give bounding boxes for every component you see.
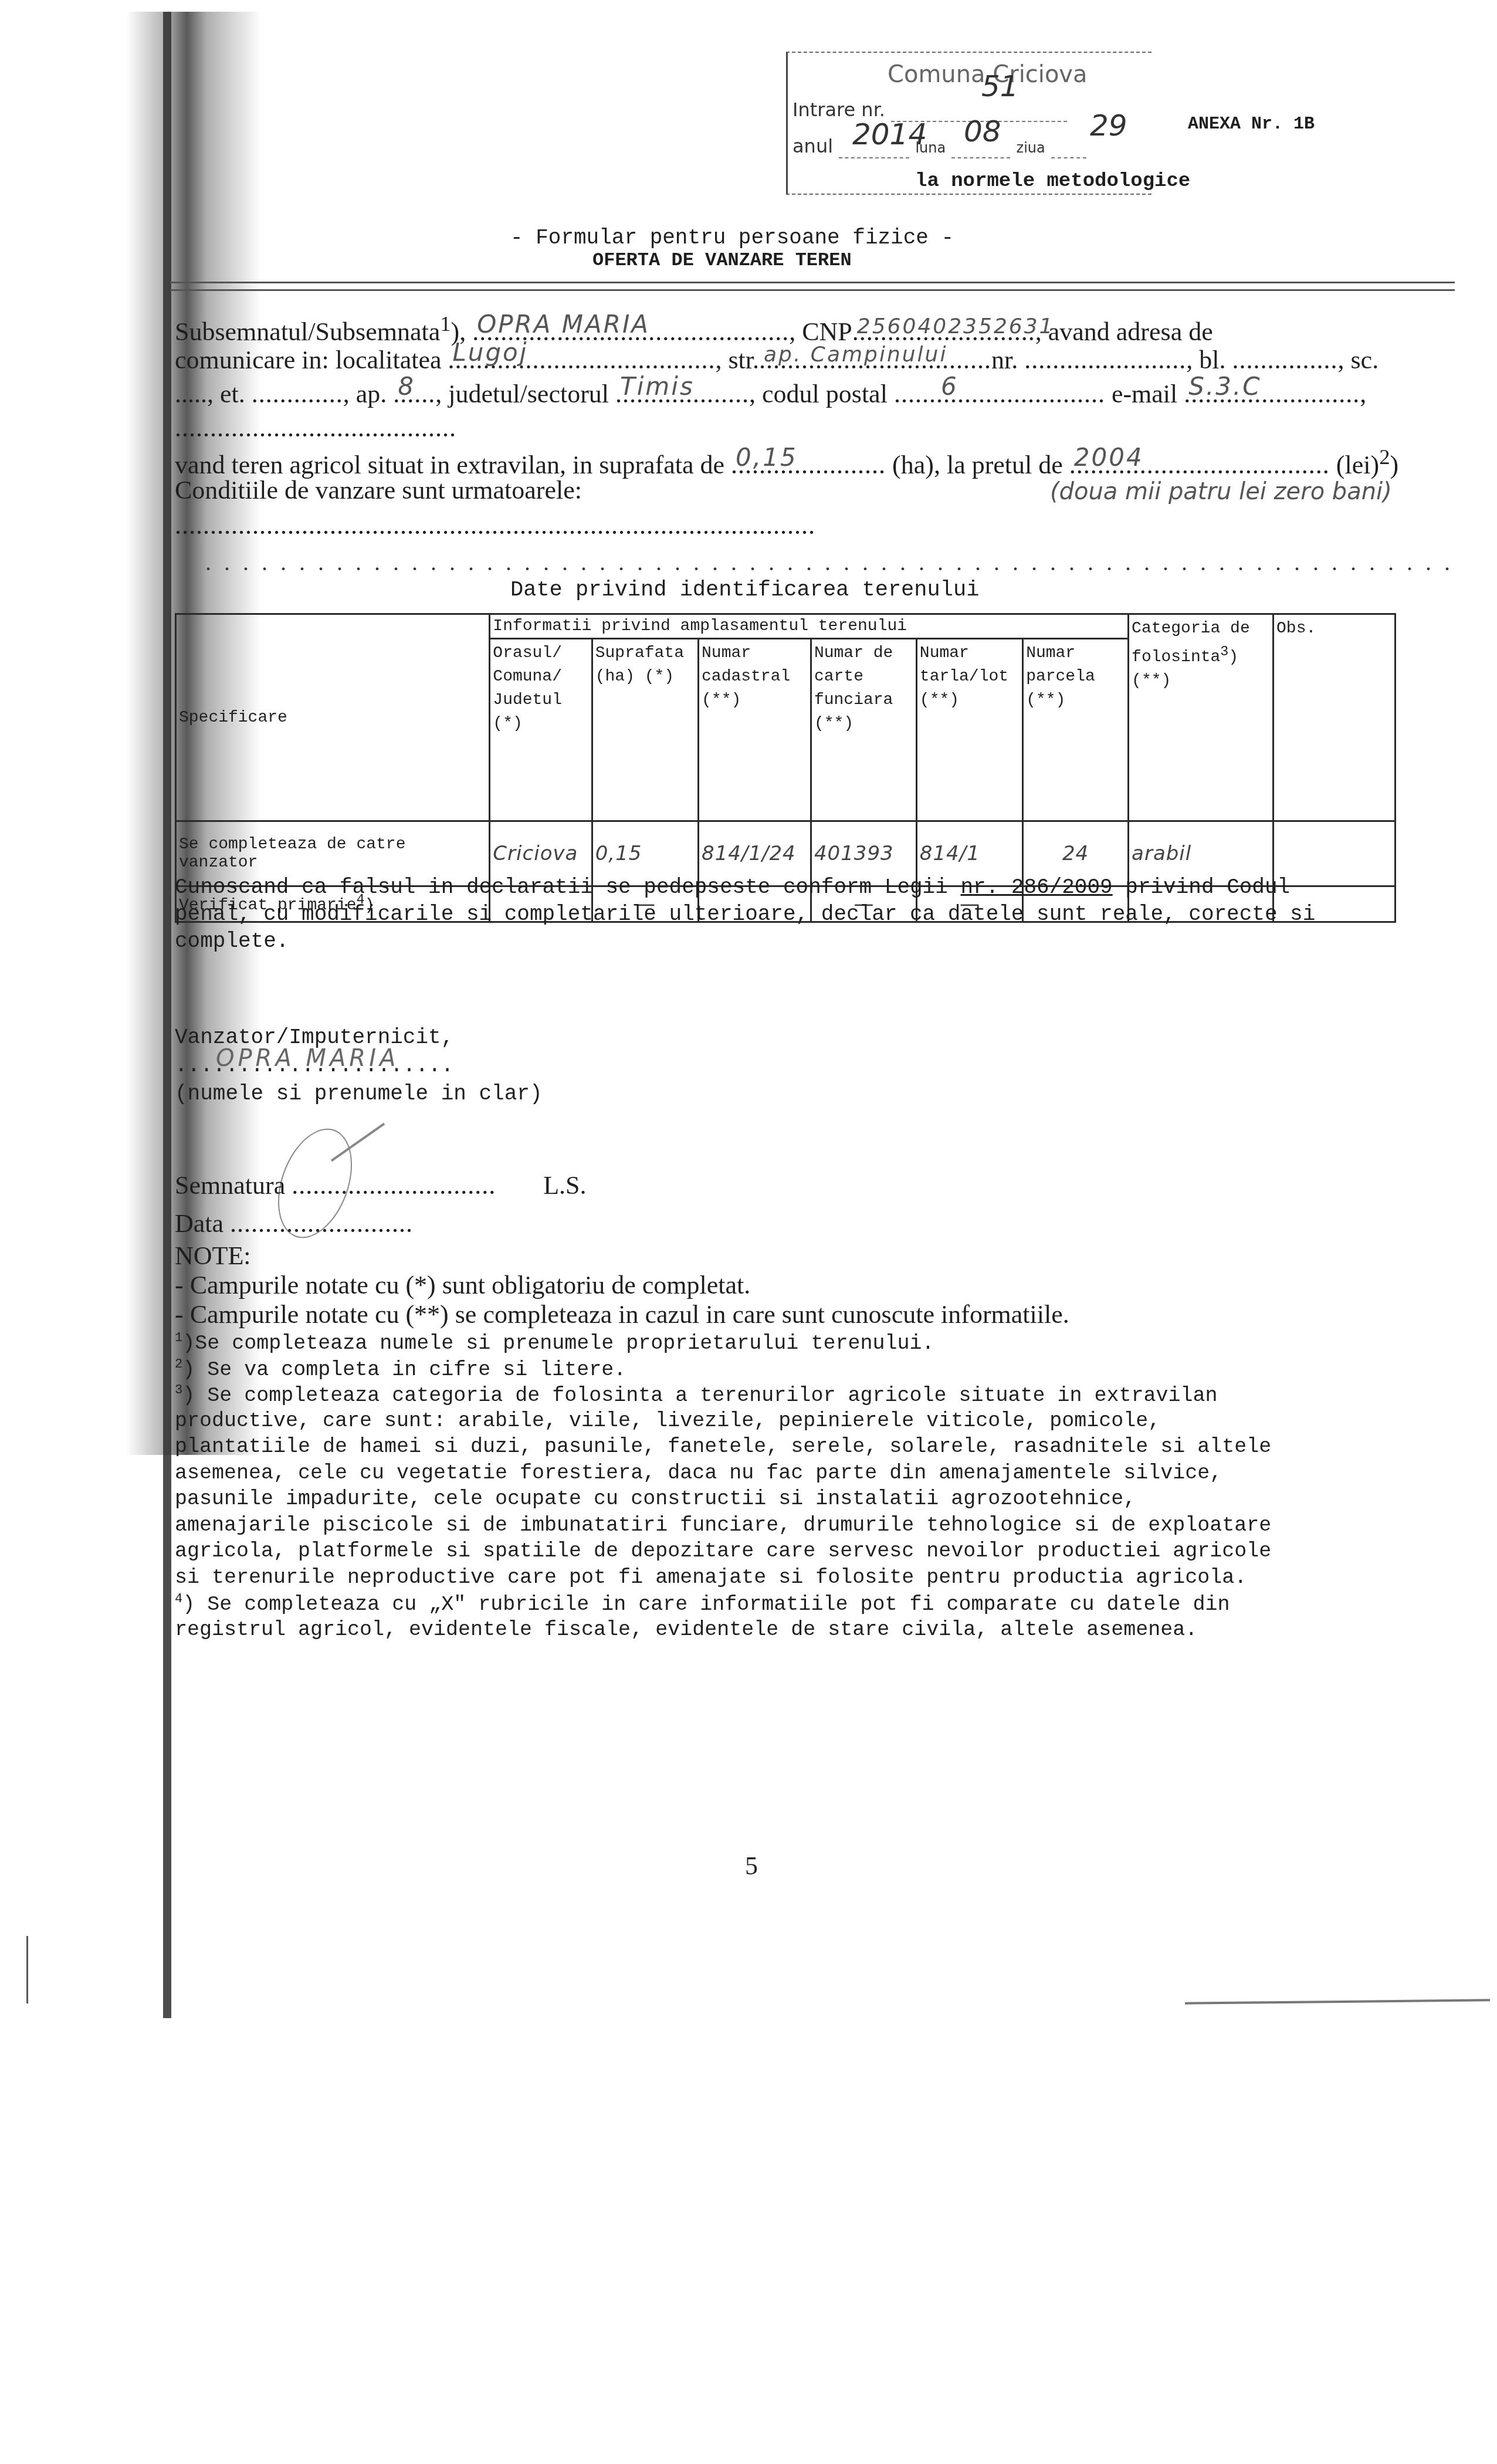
seller-name-value: OPRA MARIA [216, 1044, 399, 1072]
field-pret[interactable]: .....................................200… [1069, 450, 1330, 480]
seller-block: Vanzator/Imputernicit, .................… [175, 1024, 543, 1108]
footnote-line: asemenea, cele cu vegetatie forestiera, … [175, 1461, 1222, 1485]
form-title: OFERTA DE VANZARE TEREN [592, 249, 852, 271]
footnote-line: agricola, platformele si spatiile de dep… [175, 1539, 1271, 1563]
law-reference: nr. 286/2009 [960, 875, 1112, 899]
footnote-marker: 1 [175, 1331, 182, 1345]
footnote-text: amenajarile piscicole si de imbunatatiri… [175, 1514, 1271, 1537]
field-bl[interactable]: ............... [1232, 346, 1337, 374]
footnote-line: si terenurile neproductive care pot fi a… [175, 1566, 1247, 1589]
footnote-line: 4) Se completeaza cu „X" rubricile in ca… [175, 1592, 1230, 1616]
binding-edge [163, 12, 171, 2018]
header-tarla-lot: Numar tarla/lot (**) [916, 639, 1022, 821]
footnote-line: 1)Se completeaza numele si prenumele pro… [175, 1331, 934, 1355]
header-obs: Obs. [1274, 614, 1396, 821]
stamp-anul-value: 2014 [852, 117, 927, 151]
footnote-line: registrul agricol, evidentele fiscale, e… [175, 1618, 1197, 1641]
page-edge-line-bottom [1185, 1999, 1490, 2004]
footnote-line: productive, care sunt: arabile, viile, l… [175, 1409, 1160, 1433]
note-item: - Campurile notate cu (*) sunt obligator… [175, 1270, 750, 1300]
footnote-text: registrul agricol, evidentele fiscale, e… [175, 1618, 1197, 1641]
declaration-text: Cunoscand ca falsul in declaratii se ped… [175, 874, 1348, 955]
header-orasul: Orasul/ Comuna/ Judetul (*) [490, 639, 592, 821]
header-suprafata: Suprafata (ha) (*) [592, 639, 698, 821]
footnote-text: agricola, platformele si spatiile de dep… [175, 1539, 1271, 1563]
field-cod-postal[interactable]: ..............................6 [894, 379, 1105, 409]
footnote-marker: 4 [175, 1592, 182, 1606]
field-et[interactable]: ............. [252, 380, 343, 408]
line-blank: ........................................ [175, 413, 456, 443]
header-divider [170, 282, 1455, 291]
footnote-text: ) Se completeaza cu „X" rubricile in car… [182, 1593, 1230, 1616]
footnote-text: ) Se va completa in cifre si litere. [182, 1358, 626, 1381]
footnote-marker: 2 [175, 1357, 182, 1372]
header-parcela: Numar parcela (**) [1023, 639, 1129, 821]
footnote-line: amenajarile piscicole si de imbunatatiri… [175, 1514, 1271, 1537]
table-section-title: Date privind identificarea terenului [510, 578, 979, 603]
field-suprafata[interactable]: ......................0,15 [731, 450, 886, 480]
footnote-line: pasunile impadurite, cele ocupate cu con… [175, 1487, 1136, 1511]
field-judet[interactable]: ...................Timis [615, 379, 749, 409]
header-categoria: Categoria de folosinta3) (**) [1129, 614, 1274, 821]
footnote-text: pasunile impadurite, cele ocupate cu con… [175, 1487, 1136, 1511]
footnote-text: plantatiile de hamei si duzi, pasunile, … [175, 1435, 1271, 1458]
footnote-marker: 3 [175, 1383, 182, 1397]
stamp-ziua-value: 29 [1090, 109, 1127, 143]
note-item: - Campurile notate cu (**) se completeaz… [175, 1299, 1069, 1329]
anexa-label: ANEXA Nr. 1B [1188, 114, 1315, 134]
field-ap[interactable]: ......8 [393, 379, 435, 409]
date-field[interactable]: .......................... [230, 1209, 413, 1238]
signature-field[interactable]: ............................. [292, 1171, 496, 1200]
line-localitatea: comunicare in: localitatea .............… [175, 345, 1379, 375]
line-teren: vand teren agricol situat in extravilan,… [175, 444, 1398, 480]
signature-row: Semnatura ............................. … [175, 1170, 587, 1200]
page-number: 5 [745, 1851, 758, 1881]
footnote-line: 3) Se completeaza categoria de folosinta… [175, 1383, 1218, 1407]
stamp-intrare: Intrare nr. [792, 99, 1067, 122]
normele-label: la normele metodologice [915, 170, 1190, 192]
header-specificare: Specificare [176, 614, 490, 821]
stamp-luna-value: 08 [964, 114, 1001, 148]
seller-name-hint: (numele si prenumele in clar) [175, 1080, 543, 1108]
field-cnp[interactable]: ..........................2560402352631 [852, 317, 1035, 347]
header-amplasament: Informatii privind amplasamentul terenul… [490, 614, 1129, 639]
notes-title: NOTE: [175, 1241, 251, 1271]
field-nr[interactable]: ....................... [1024, 346, 1186, 374]
conditii-label: Conditiile de vanzare sunt urmatoarele: [175, 475, 582, 505]
ls-label: L.S. [543, 1171, 586, 1200]
footnote-text: )Se completeaza numele si prenumele prop… [182, 1332, 934, 1355]
page-edge-line [26, 1936, 28, 2003]
field-localitatea[interactable]: ......................................Lu… [448, 345, 715, 375]
stamp-intrare-value: 51 [981, 69, 1019, 103]
footnote-text: ) Se completeaza categoria de folosinta … [182, 1384, 1217, 1407]
date-row: Data .......................... [175, 1209, 413, 1238]
footnote-line: 2) Se va completa in cifre si litere. [175, 1357, 626, 1382]
footnote-text: si terenurile neproductive care pot fi a… [175, 1566, 1247, 1589]
price-in-words: (doua mii patru lei zero bani) [1050, 478, 1392, 505]
conditii-line-1[interactable]: ........................................… [175, 510, 815, 540]
field-strada[interactable]: .................................ap. Cam… [759, 345, 991, 375]
header-carte-funciara: Numar de carte funciara (**) [811, 639, 916, 821]
conditii-line-2[interactable]: ........................................… [205, 549, 1463, 576]
footnote-text: asemenea, cele cu vegetatie forestiera, … [175, 1461, 1222, 1485]
line-judet: ....., et. ............., ap. ......8, j… [175, 379, 1366, 409]
form-subtitle: - Formular pentru persoane fizice - [510, 226, 954, 250]
header-nr-cadastral: Numar cadastral (**) [699, 639, 811, 821]
line-subsemnatul: Subsemnatul/Subsemnata1), ..............… [175, 311, 1213, 347]
field-email[interactable]: .........................S.3.C [1184, 379, 1360, 409]
footnote-text: productive, care sunt: arabile, viile, l… [175, 1409, 1160, 1433]
footnote-line: plantatiile de hamei si duzi, pasunile, … [175, 1435, 1271, 1458]
stamp-date: anul luna ziua [792, 135, 1086, 158]
